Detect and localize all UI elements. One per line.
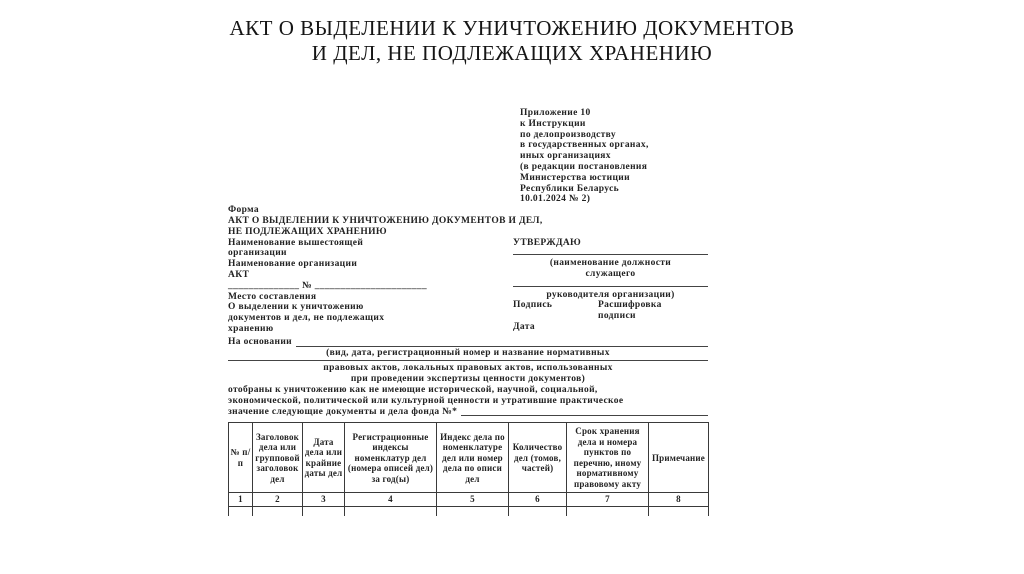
decipher-label-line-2: подписи [598,311,636,322]
basis-body-line: экономической, политической или культурн… [228,396,708,407]
signature-rule-line [513,248,708,255]
table-empty-row [229,506,709,516]
basis-caption-line: (вид, дата, регистрационный номер и назв… [228,348,708,359]
basis-row: На основании [228,337,708,348]
table-number-cell: 6 [509,493,567,507]
position-caption-line: (наименование должности [513,258,708,269]
annex-line: по делопроизводству [520,130,708,141]
table-empty-cell [649,506,709,516]
document-page: АКТ О ВЫДЕЛЕНИИ К УНИЧТОЖЕНИЮ ДОКУМЕНТОВ… [0,0,1024,574]
signature-label: Подпись [513,300,552,310]
act-number-blank-line: ______________ № ______________________ [228,281,513,292]
annex-line: иных организациях [520,151,708,162]
table-empty-cell [437,506,509,516]
form-label: Форма [228,205,708,216]
two-column-section: Наименование вышестоящей организации Наи… [228,238,708,335]
requisite-line: О выделении к уничтожению [228,302,513,313]
requisite-line: документов и дел, не подлежащих [228,313,513,324]
table-number-cell: 8 [649,493,709,507]
position-caption-line: служащего [513,269,708,280]
act-heading-line-2: НЕ ПОДЛЕЖАЩИХ ХРАНЕНИЮ [228,227,708,238]
table-header-cell: Примечание [649,423,709,493]
basis-body-line: отобраны к уничтожению как не имеющие ис… [228,385,708,396]
requisite-line: организации [228,248,513,259]
basis-label: На основании [228,337,292,348]
table-header-cell: Заголовок дела или групповой заголовок д… [253,423,303,493]
table-empty-cell [567,506,649,516]
approve-label: УТВЕРЖДАЮ [513,238,708,249]
requisites-column: Наименование вышестоящей организации Наи… [228,238,513,335]
table-header-cell: Количество дел (томов, частей) [509,423,567,493]
table-header-cell: № п/п [229,423,253,493]
table-number-cell: 7 [567,493,649,507]
annex-line: Республики Беларусь [520,184,708,195]
act-heading-line-1: АКТ О ВЫДЕЛЕНИИ К УНИЧТОЖЕНИЮ ДОКУМЕНТОВ… [228,216,708,227]
annex-line: Министерства юстиции [520,173,708,184]
annex-line: в государственных органах, [520,140,708,151]
annex-block: Приложение 10 к Инструкции по делопроизв… [520,108,708,205]
table-empty-cell [229,506,253,516]
form-document: Приложение 10 к Инструкции по делопроизв… [228,108,708,516]
date-label: Дата [513,322,708,333]
page-title-line-1: АКТ О ВЫДЕЛЕНИИ К УНИЧТОЖЕНИЮ ДОКУМЕНТОВ [0,16,1024,41]
position-caption-line: руководителя организации) [513,290,708,301]
table-header-cell: Регистрационные индексы номенклатур дел … [345,423,437,493]
basis-caption-line: при проведении экспертизы ценности докум… [228,374,708,385]
table-empty-cell [303,506,345,516]
table-number-cell: 5 [437,493,509,507]
signature-row: Подпись Расшифровка [513,300,708,311]
blank-full-line [228,358,708,361]
decipher-row: подписи [513,311,708,322]
table-empty-cell [509,506,567,516]
requisite-line: хранению [228,324,513,335]
fund-number-row: значение следующие документы и дела фонд… [228,407,708,418]
page-title: АКТ О ВЫДЕЛЕНИИ К УНИЧТОЖЕНИЮ ДОКУМЕНТОВ… [0,16,1024,66]
requisite-line: Наименование вышестоящей [228,238,513,249]
table-empty-cell [345,506,437,516]
annex-line: (в редакции постановления [520,162,708,173]
table-number-row: 1 2 3 4 5 6 7 8 [229,493,709,507]
table-empty-cell [253,506,303,516]
blank-fill-line [461,407,708,417]
signature-rule-line [513,280,708,287]
table-number-cell: 4 [345,493,437,507]
annex-line: к Инструкции [520,119,708,130]
annex-line: Приложение 10 [520,108,708,119]
annex-line: 10.01.2024 № 2) [520,194,708,205]
table-header-cell: Индекс дела по номенклатуре дел или номе… [437,423,509,493]
table-header-cell: Срок хранения дела и номера пунктов по п… [567,423,649,493]
blank-fill-line [296,337,708,347]
table-number-cell: 1 [229,493,253,507]
table-number-cell: 2 [253,493,303,507]
fund-number-label: значение следующие документы и дела фонд… [228,407,457,418]
requisite-line: Место составления [228,292,513,303]
approval-column: УТВЕРЖДАЮ (наименование должности служащ… [513,238,708,335]
table-number-cell: 3 [303,493,345,507]
destruction-items-table: № п/п Заголовок дела или групповой загол… [228,422,709,516]
table-header-cell: Дата дела или крайние даты дел [303,423,345,493]
table-header-row: № п/п Заголовок дела или групповой загол… [229,423,709,493]
page-title-line-2: И ДЕЛ, НЕ ПОДЛЕЖАЩИХ ХРАНЕНИЮ [0,41,1024,66]
decipher-label-line-1: Расшифровка [598,300,662,311]
requisite-line: Наименование организации [228,259,513,270]
requisite-line: АКТ [228,270,513,281]
basis-caption-line: правовых актов, локальных правовых актов… [228,363,708,374]
